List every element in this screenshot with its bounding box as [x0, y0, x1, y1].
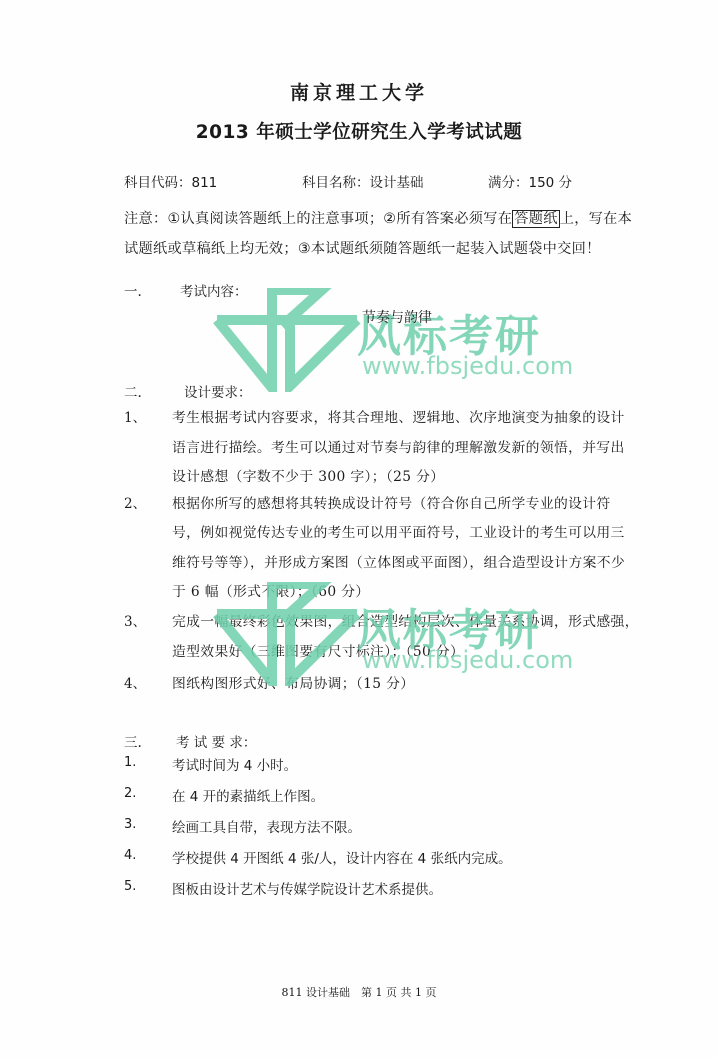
notice-line-2: 试题纸或草稿纸上均无效；③本试题纸须随答题纸一起装入试题袋中交回！ [124, 238, 601, 258]
notice-text: 注意：①认真阅读答题纸上的注意事项；②所有答案必须写在 [124, 211, 512, 227]
section-number: 一. [124, 280, 180, 300]
answer-sheet-boxed: 答题纸 [512, 210, 559, 228]
req-number: 5. [124, 879, 136, 894]
full-score: 满分：150 分 [488, 171, 572, 191]
section-number: 三. [124, 731, 176, 751]
item-number: 4、 [124, 672, 146, 692]
watermark-bottom: 风标考研 www.fbsjedu.com [212, 582, 552, 686]
section-3-heading: 三.考 试 要 求： [124, 731, 256, 751]
exam-page: 风标考研 www.fbsjedu.com 风标考研 www.fbsjedu.co… [0, 0, 718, 1058]
req-number: 3. [124, 817, 136, 832]
notice-text: 上，写在本 [560, 211, 632, 227]
watermark-logo-icon [212, 582, 362, 686]
req-text: 学校提供 4 开图纸 4 张/人，设计内容在 4 张纸内完成。 [172, 847, 512, 867]
req-number: 4. [124, 848, 136, 863]
notice-line-1: 注意：①认真阅读答题纸上的注意事项；②所有答案必须写在答题纸上，写在本 [124, 208, 632, 228]
university-title: 南京理工大学 [0, 78, 718, 105]
req-number: 1. [124, 755, 136, 770]
item-line: 号，例如视觉传达专业的考生可以用平面符号，工业设计的考生可以用三 [172, 521, 625, 541]
item-number: 2、 [124, 492, 146, 512]
watermark-url: www.fbsjedu.com [362, 352, 573, 380]
req-text: 在 4 开的素描纸上作图。 [172, 785, 324, 805]
req-text: 考试时间为 4 小时。 [172, 754, 297, 774]
item-line: 考生根据考试内容要求，将其合理地、逻辑地、次序地演变为抽象的设计 [172, 406, 625, 426]
watermark-top: 风标考研 www.fbsjedu.com [212, 288, 552, 392]
req-text: 图板由设计艺术与传媒学院设计艺术系提供。 [172, 878, 442, 898]
exam-title: 2013 年硕士学位研究生入学考试试题 [0, 118, 718, 144]
item-number: 3、 [124, 610, 146, 630]
watermark-url: www.fbsjedu.com [362, 646, 573, 674]
req-text: 绘画工具自带，表现方法不限。 [172, 816, 361, 836]
page-footer: 811 设计基础 第 1 页 共 1 页 [0, 984, 718, 1000]
watermark-logo-icon [212, 288, 362, 392]
req-number: 2. [124, 786, 136, 801]
item-line: 根据你所写的感想将其转换成设计符号（符合你自己所学专业的设计符 [172, 492, 611, 512]
exam-theme: 节奏与韵律 [362, 307, 432, 327]
item-line: 维符号等等），并形成方案图（立体图或平面图），组合造型设计方案不少 [172, 551, 625, 571]
subject-code: 科目代码：811 [124, 171, 217, 191]
section-title: 考 试 要 求： [176, 735, 256, 751]
section-number: 二. [124, 381, 184, 401]
item-number: 1、 [124, 406, 146, 426]
item-line: 语言进行描绘。考生可以通过对节奏与韵律的理解激发新的领悟，并写出 [172, 436, 625, 456]
subject-name: 科目名称：设计基础 [302, 171, 424, 191]
item-line: 设计感想（字数不少于 300 字）；（25 分） [172, 465, 444, 485]
